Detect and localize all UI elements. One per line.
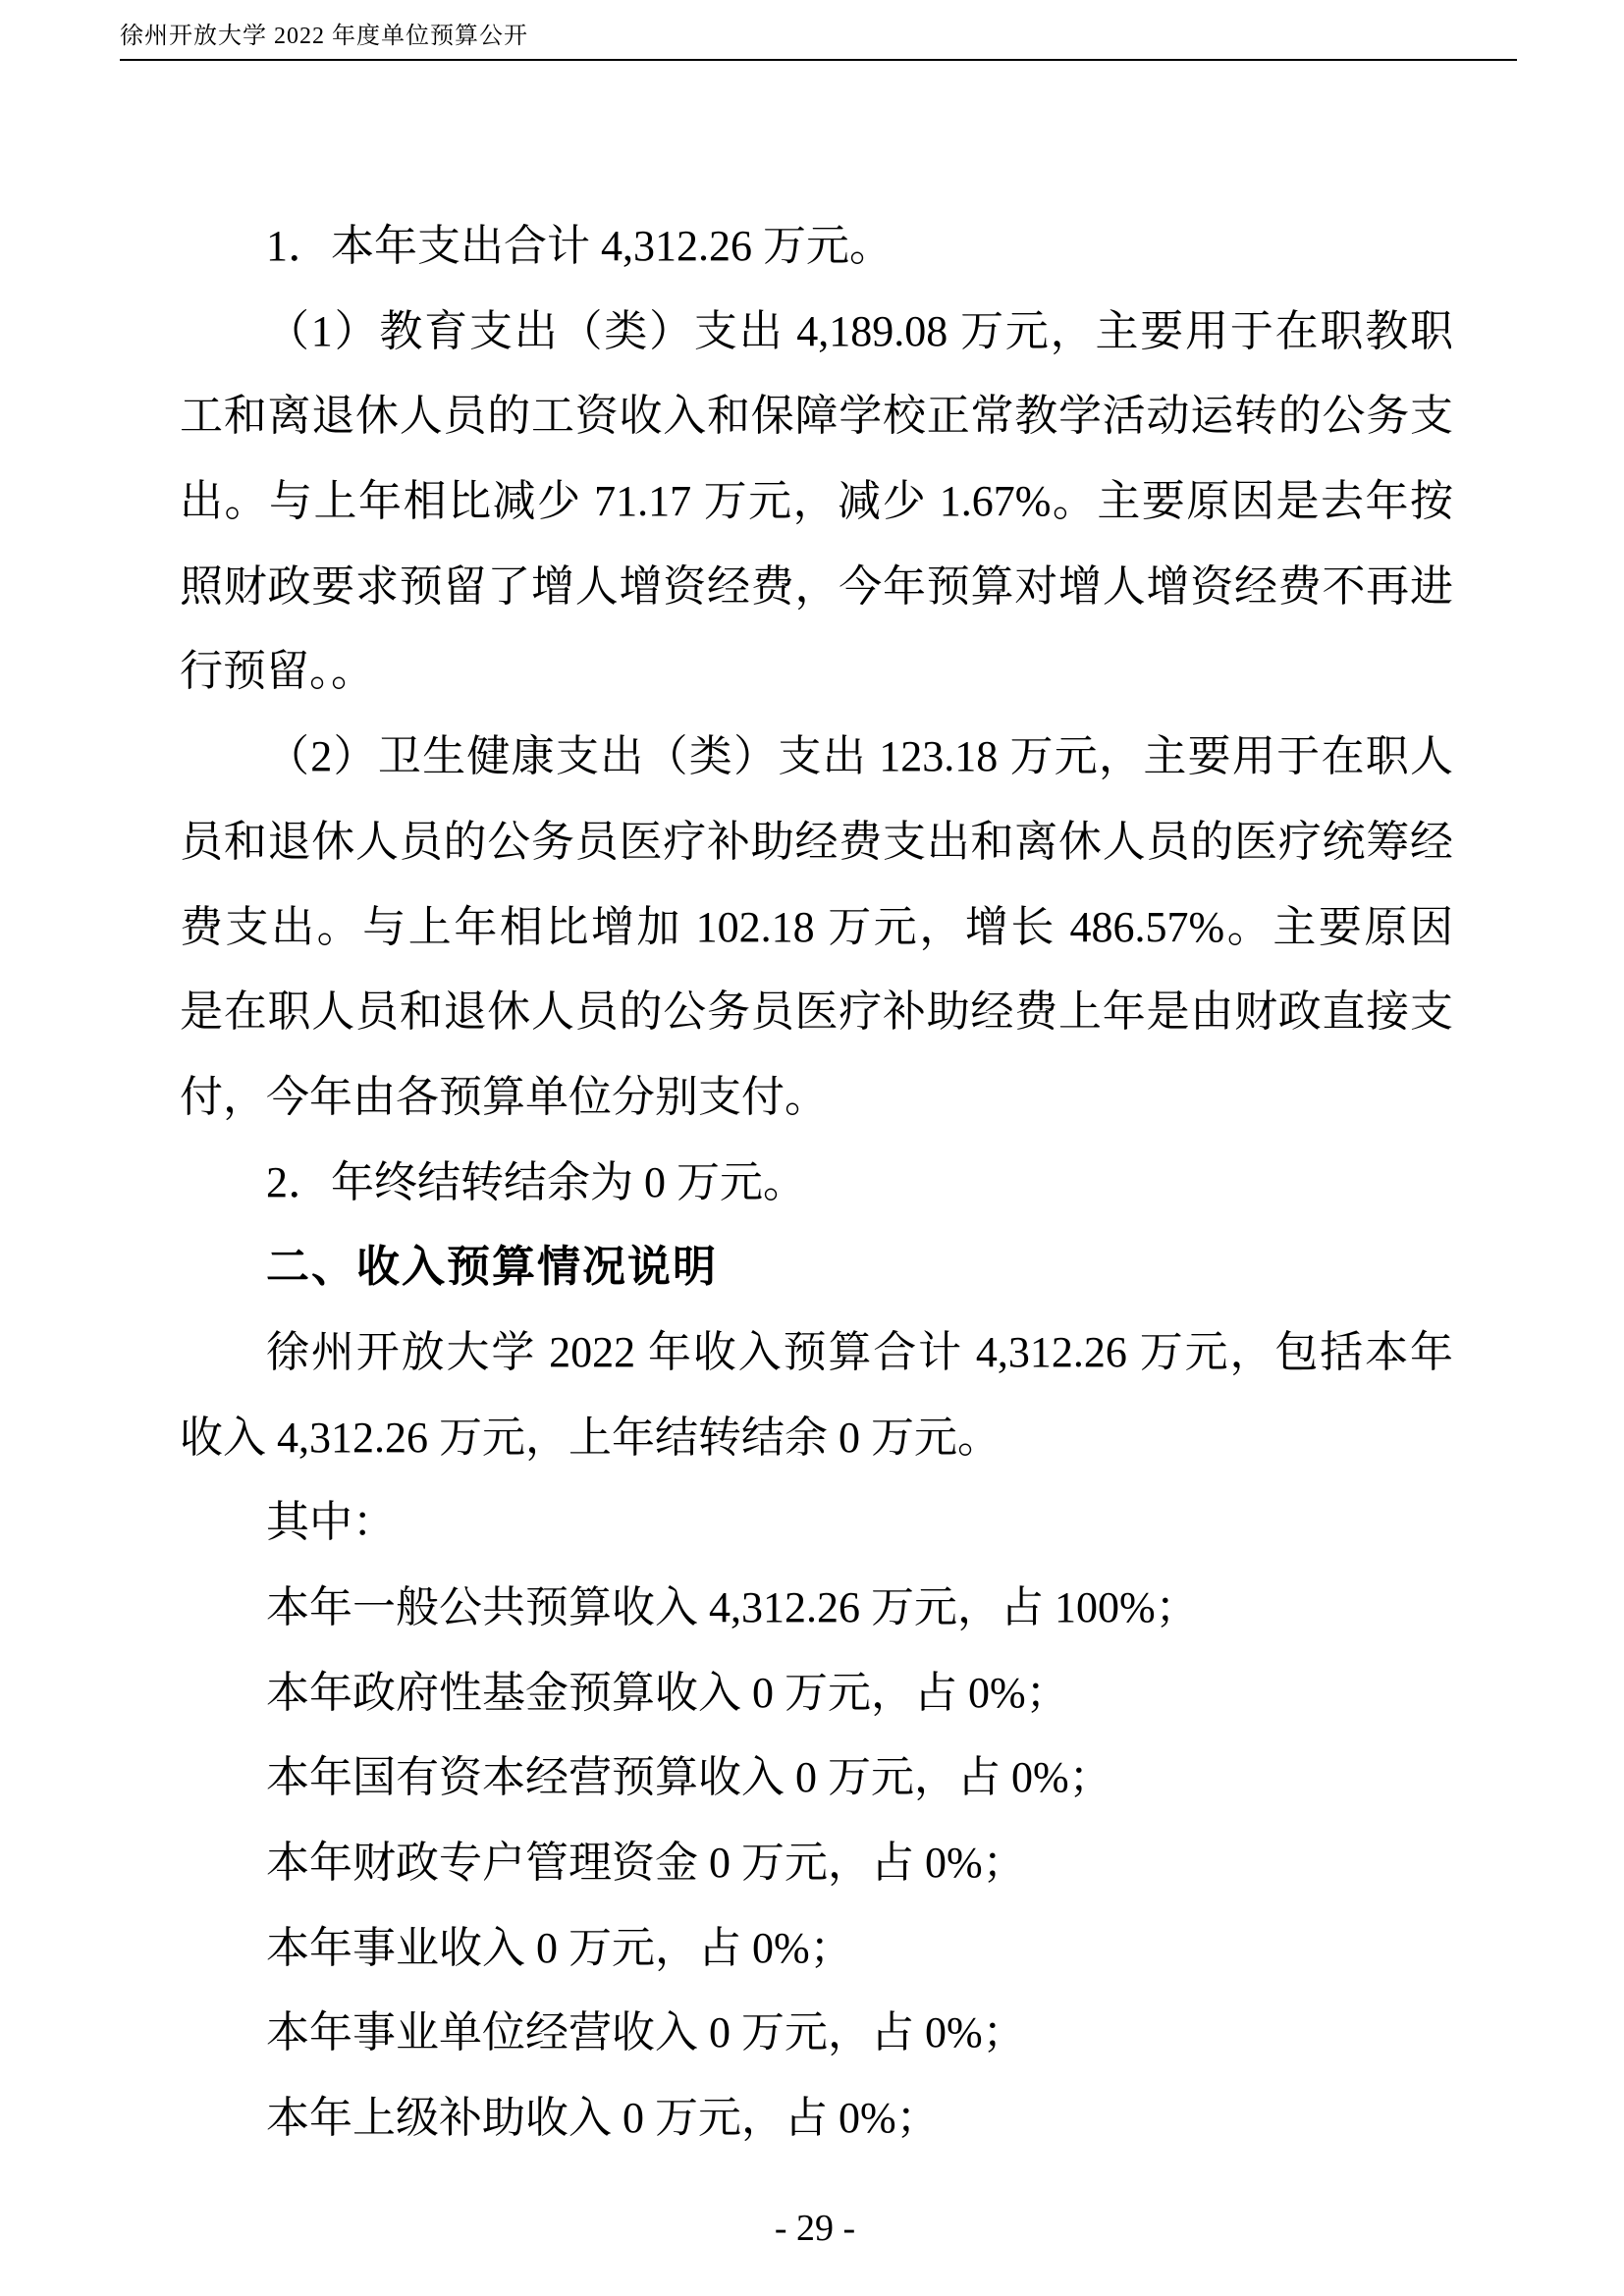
page-header-title: 徐州开放大学 2022 年度单位预算公开: [120, 22, 528, 51]
body-line: 照财政要求预留了增人增资经费，今年预算对增人增资经费不再进: [180, 545, 1453, 630]
body-line: 本年事业收入 0 万元，占 0%；: [180, 1906, 1453, 1992]
body-line: （2）卫生健康支出（类）支出 123.18 万元，主要用于在职人: [180, 715, 1453, 800]
document-page: 徐州开放大学 2022 年度单位预算公开 1．本年支出合计 4,312.26 万…: [0, 0, 1624, 2296]
document-body: 1．本年支出合计 4,312.26 万元。（1）教育支出（类）支出 4,189.…: [180, 204, 1453, 2162]
body-line: 出。与上年相比减少 71.17 万元，减少 1.67%。主要原因是去年按: [180, 459, 1453, 545]
body-line: 其中：: [180, 1480, 1453, 1566]
body-line: 工和离退休人员的工资收入和保障学校正常教学活动运转的公务支: [180, 374, 1453, 459]
header-divider-rule: [120, 59, 1517, 61]
body-line: 本年国有资本经营预算收入 0 万元，占 0%；: [180, 1735, 1453, 1821]
body-line: 2．年终结转结余为 0 万元。: [180, 1141, 1453, 1226]
body-line: （1）教育支出（类）支出 4,189.08 万元，主要用于在职教职: [180, 290, 1453, 375]
body-line: 1．本年支出合计 4,312.26 万元。: [180, 204, 1453, 290]
body-line: 本年财政专户管理资金 0 万元，占 0%；: [180, 1821, 1453, 1906]
section-heading: 二、收入预算情况说明: [180, 1225, 1453, 1310]
body-line: 本年政府性基金预算收入 0 万元，占 0%；: [180, 1651, 1453, 1736]
body-line: 员和退休人员的公务员医疗补助经费支出和离休人员的医疗统筹经: [180, 800, 1453, 885]
body-line: 是在职人员和退休人员的公务员医疗补助经费上年是由财政直接支: [180, 970, 1453, 1055]
body-line: 行预留。。: [180, 629, 1453, 715]
footer-page-number: - 29 -: [0, 2207, 1624, 2250]
body-line: 付，今年由各预算单位分别支付。: [180, 1055, 1453, 1141]
body-line: 徐州开放大学 2022 年收入预算合计 4,312.26 万元，包括本年: [180, 1310, 1453, 1396]
body-line: 费支出。与上年相比增加 102.18 万元，增长 486.57%。主要原因: [180, 885, 1453, 971]
body-line: 收入 4,312.26 万元，上年结转结余 0 万元。: [180, 1396, 1453, 1481]
body-line: 本年上级补助收入 0 万元，占 0%；: [180, 2076, 1453, 2162]
body-line: 本年一般公共预算收入 4,312.26 万元，占 100%；: [180, 1566, 1453, 1651]
body-line: 本年事业单位经营收入 0 万元，占 0%；: [180, 1991, 1453, 2076]
